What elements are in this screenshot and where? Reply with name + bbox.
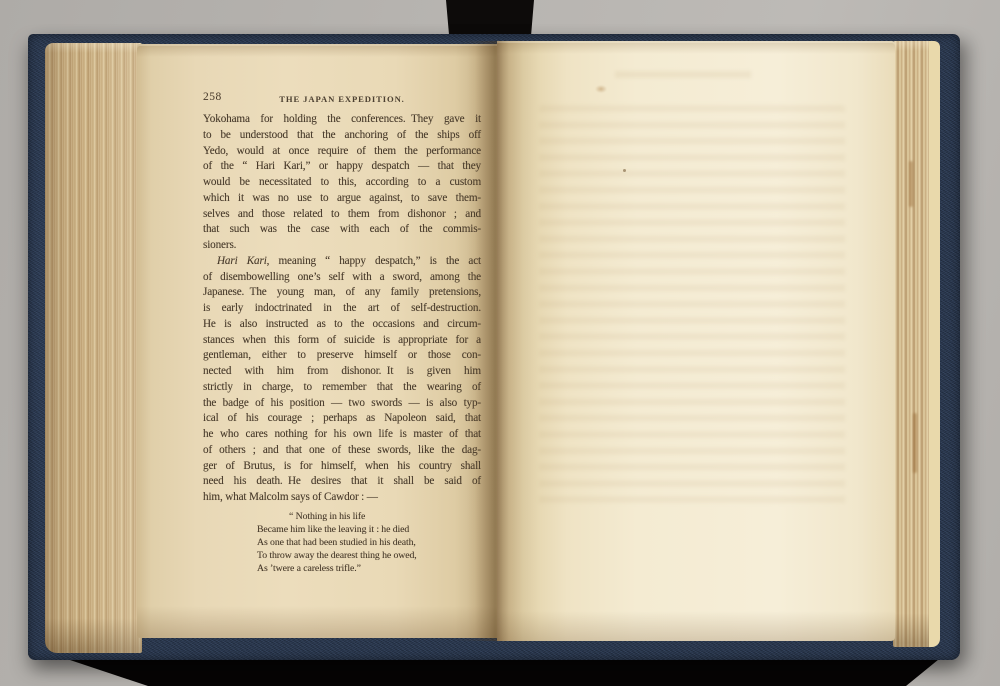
page-header: 258 THE JAPAN EXPEDITION. — [203, 90, 481, 112]
text-line-rest: , meaning “ happy despatch,” is the act — [267, 255, 481, 267]
text-line: Yedo, would at once require of them the … — [203, 144, 481, 160]
foxing-spot — [595, 85, 607, 93]
page-edges-right — [893, 41, 940, 647]
photographed-open-book: 258 THE JAPAN EXPEDITION. Yokohama for h… — [0, 0, 1000, 686]
text-line: of the “ Hari Kari,” or happy despatch —… — [203, 159, 481, 175]
text-column: 258 THE JAPAN EXPEDITION. Yokohama for h… — [203, 90, 481, 575]
text-line: him, what Malcolm says of Cawdor : — — [203, 490, 481, 506]
text-line: nected with him from dishonor. It is giv… — [203, 364, 481, 380]
text-line: Yokohama for holding the conferences. Th… — [203, 112, 481, 128]
text-line: gentleman, either to preserve himself or… — [203, 348, 481, 364]
text-line: Japanese. The young man, of any family p… — [203, 285, 481, 301]
verse-quote: “ Nothing in his lifeBecame him like the… — [257, 510, 481, 575]
text-line: Hari Kari, meaning “ happy despatch,” is… — [203, 254, 481, 270]
text-line: which it was no use to argue against, to… — [203, 191, 481, 207]
text-line: ger of Brutus, is for himself, when his … — [203, 459, 481, 475]
foxing-streak — [913, 413, 917, 473]
page-number: 258 — [203, 91, 222, 103]
text-line: need his death. He desires that it shall… — [203, 474, 481, 490]
text-line: of disembowelling one’s self with a swor… — [203, 270, 481, 286]
body-text: Yokohama for holding the conferences. Th… — [203, 112, 481, 575]
text-line: He is also instructed as to the occasion… — [203, 317, 481, 333]
text-line: sioners. — [203, 238, 481, 254]
verse-line: “ Nothing in his life — [257, 510, 481, 523]
verse-line: As one that had been studied in his deat… — [257, 536, 481, 549]
show-through-text — [539, 105, 845, 511]
running-header: THE JAPAN EXPEDITION. — [279, 94, 404, 104]
foxing-spot — [623, 169, 626, 172]
text-line: selves and those related to them from di… — [203, 207, 481, 223]
text-line: the badge of his position — two swords —… — [203, 396, 481, 412]
text-line: that such was the case with each of the … — [203, 222, 481, 238]
text-line: would be necessitated to this, according… — [203, 175, 481, 191]
text-line: strictly in charge, to remember that the… — [203, 380, 481, 396]
text-line: is early indoctrinated in the art of sel… — [203, 301, 481, 317]
text-line: he who cares nothing for his own life is… — [203, 427, 481, 443]
text-line: stances when this form of suicide is app… — [203, 333, 481, 349]
left-page: 258 THE JAPAN EXPEDITION. Yokohama for h… — [137, 44, 497, 638]
paragraph-lines: of disembowelling one’s self with a swor… — [203, 270, 481, 491]
right-page-blank — [497, 41, 895, 641]
paragraph: Yokohama for holding the conferences. Th… — [203, 112, 481, 254]
verse-line: As ’twere a careless trifle.” — [257, 562, 481, 575]
text-line: ical of his courage ; perhaps as Napoleo… — [203, 411, 481, 427]
paragraph-lines: Yokohama for holding the conferences. Th… — [203, 112, 481, 238]
italic-phrase: Hari Kari — [217, 255, 267, 267]
verse-line: To throw away the dearest thing he owed, — [257, 549, 481, 562]
show-through-header — [615, 71, 751, 78]
foxing-streak — [909, 161, 913, 207]
page-edges-left — [45, 43, 142, 653]
verse-line: Became him like the leaving it : he died — [257, 523, 481, 536]
paragraph: Hari Kari, meaning “ happy despatch,” is… — [203, 254, 481, 506]
text-line: to be understood that the anchoring of t… — [203, 128, 481, 144]
text-line: of others ; and that one of these swords… — [203, 443, 481, 459]
